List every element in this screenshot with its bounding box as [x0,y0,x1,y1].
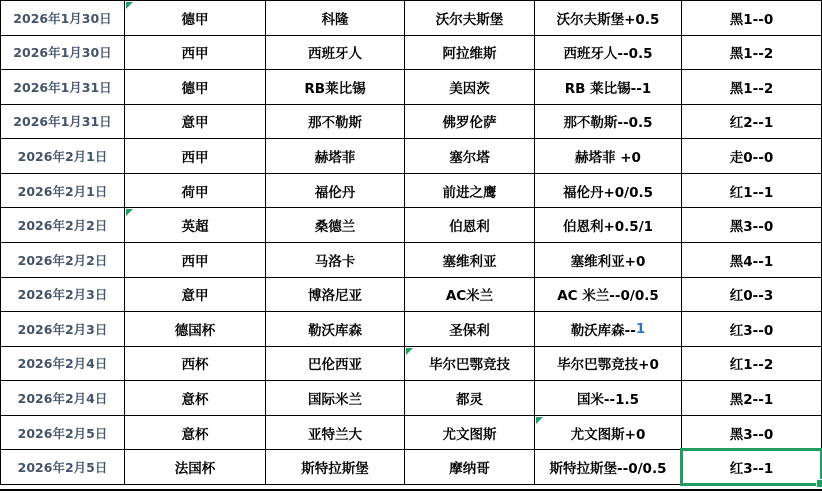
handicap-text: 毕尔巴鄂竞技+0 [557,353,659,373]
cell-home-team[interactable]: 勒沃库森 [265,311,404,346]
cell-date[interactable]: 2026年1月31日 [0,104,124,139]
away-team-text: 圣保利 [449,319,490,339]
cell-result[interactable]: 红2--1 [681,104,822,139]
cell-handicap[interactable]: 斯特拉斯堡--0/0.5 [534,449,681,484]
away-team-text: 佛罗伦萨 [443,111,497,131]
cell-away-team[interactable]: 佛罗伦萨 [404,104,534,139]
cell-handicap[interactable]: 沃尔夫斯堡+0.5 [534,0,681,35]
cell-date[interactable]: 2026年2月5日 [0,449,124,484]
result-text: 红1--2 [730,353,774,373]
cell-away-team[interactable]: 毕尔巴鄂竞技 [404,346,534,381]
cell-handicap[interactable]: 毕尔巴鄂竞技+0 [534,346,681,381]
cell-handicap[interactable]: 勒沃库森--1 [534,311,681,346]
home-team-text: 赫塔菲 [315,146,356,166]
result-text: 走0--0 [730,146,774,166]
handicap-text: 西班牙人--0.5 [563,42,652,62]
cell-date[interactable]: 2026年2月4日 [0,380,124,415]
cell-league[interactable]: 德甲 [124,69,265,104]
cell-date[interactable]: 2026年2月1日 [0,138,124,173]
spreadsheet: 2026年1月30日 德甲 科隆 沃尔夫斯堡 沃尔夫斯堡+0.5 黑1--0 2… [0,0,822,491]
cell-league[interactable]: 英超 [124,207,265,242]
handicap-text: 斯特拉斯堡--0/0.5 [550,457,667,477]
cell-away-team[interactable]: 都灵 [404,380,534,415]
away-team-text: 塞尔塔 [449,146,490,166]
cell-handicap[interactable]: 福伦丹+0/0.5 [534,173,681,208]
league-text: 德甲 [182,8,209,28]
cell-home-team[interactable]: 亚特兰大 [265,415,404,450]
cell-result[interactable]: 走0--0 [681,138,822,173]
league-text: 德国杯 [175,319,216,339]
cell-league[interactable]: 西甲 [124,138,265,173]
cell-handicap[interactable]: 赫塔菲 +0 [534,138,681,173]
home-team-text: 马洛卡 [315,250,356,270]
cell-home-team[interactable]: 科隆 [265,0,404,35]
cell-date[interactable]: 2026年2月3日 [0,277,124,312]
cell-league[interactable]: 西甲 [124,242,265,277]
date-text: 2026年1月30日 [13,43,111,61]
result-text: 黑1--0 [730,8,774,28]
handicap-text: 国米--1.5 [577,388,639,408]
date-text: 2026年2月4日 [18,354,108,372]
result-text: 黑3--0 [730,215,774,235]
away-team-text: 毕尔巴鄂竞技 [429,353,510,373]
cell-result[interactable]: 红3--0 [681,311,822,346]
handicap-text: RB 莱比锡--1 [565,77,651,97]
league-text: 西甲 [182,146,209,166]
cell-away-team[interactable]: 尤文图斯 [404,415,534,450]
league-text: 西杯 [182,353,209,373]
cell-handicap[interactable]: 伯恩利+0.5/1 [534,207,681,242]
cell-away-team[interactable]: 前进之鹰 [404,173,534,208]
cell-home-team[interactable]: 赫塔菲 [265,138,404,173]
cell-date[interactable]: 2026年1月31日 [0,69,124,104]
cell-handicap[interactable]: AC 米兰--0/0.5 [534,277,681,312]
cell-league[interactable]: 意杯 [124,380,265,415]
cell-away-team[interactable]: 塞尔塔 [404,138,534,173]
date-text: 2026年2月1日 [18,182,108,200]
result-text: 红3--0 [730,319,774,339]
date-text: 2026年2月3日 [18,320,108,338]
home-team-text: 巴伦西亚 [308,353,362,373]
cell-handicap[interactable]: 塞维利亚+0 [534,242,681,277]
home-team-text: 那不勒斯 [308,111,362,131]
cell-league[interactable]: 意杯 [124,415,265,450]
error-indicator-icon [126,2,133,9]
result-text: 黑1--2 [730,42,774,62]
match-table: 2026年1月30日 德甲 科隆 沃尔夫斯堡 沃尔夫斯堡+0.5 黑1--0 2… [0,0,822,484]
date-text: 2026年2月2日 [18,251,108,269]
away-team-text: 阿拉维斯 [443,42,497,62]
league-text: 荷甲 [182,181,209,201]
cell-result[interactable]: 黑3--0 [681,415,822,450]
cell-result[interactable]: 黑1--0 [681,0,822,35]
fill-handle[interactable] [816,479,822,488]
cell-home-team[interactable]: 西班牙人 [265,35,404,70]
away-team-text: 前进之鹰 [443,181,497,201]
handicap-text: 沃尔夫斯堡+0.5 [557,8,660,28]
away-team-text: 摩纳哥 [449,457,490,477]
error-indicator-icon [536,417,543,424]
handicap-text: 福伦丹+0/0.5 [563,181,653,201]
error-indicator-icon [406,348,413,355]
cell-home-team[interactable]: 桑德兰 [265,207,404,242]
home-team-text: 桑德兰 [315,215,356,235]
cell-home-team[interactable]: 福伦丹 [265,173,404,208]
home-team-text: 勒沃库森 [308,319,362,339]
result-text: 红0--3 [730,284,774,304]
league-text: 德甲 [182,77,209,97]
away-team-text: 伯恩利 [449,215,490,235]
cell-home-team[interactable]: 马洛卡 [265,242,404,277]
selected-cell[interactable]: 红3--1 [681,449,822,484]
cell-result[interactable]: 黑1--2 [681,35,822,70]
cell-result[interactable]: 红1--1 [681,173,822,208]
date-text: 2026年1月31日 [13,112,111,130]
home-team-text: RB莱比锡 [304,77,365,97]
cell-handicap[interactable]: 西班牙人--0.5 [534,35,681,70]
home-team-text: 西班牙人 [308,42,362,62]
cell-date[interactable]: 2026年2月2日 [0,242,124,277]
cell-league[interactable]: 德甲 [124,0,265,35]
cell-league[interactable]: 西杯 [124,346,265,381]
cell-date[interactable]: 2026年1月30日 [0,0,124,35]
cell-league[interactable]: 意甲 [124,104,265,139]
result-text: 黑2--1 [730,388,774,408]
date-text: 2026年2月5日 [18,424,108,442]
league-text: 意甲 [182,111,209,131]
date-text: 2026年2月5日 [18,458,108,476]
league-text: 意甲 [182,284,209,304]
date-text: 2026年2月4日 [18,389,108,407]
cell-away-team[interactable]: 圣保利 [404,311,534,346]
cell-league[interactable]: 西甲 [124,35,265,70]
cell-away-team[interactable]: 塞维利亚 [404,242,534,277]
cell-league[interactable]: 意甲 [124,277,265,312]
cell-away-team[interactable]: AC米兰 [404,277,534,312]
home-team-text: 斯特拉斯堡 [301,457,369,477]
cell-away-team[interactable]: 美因茨 [404,69,534,104]
cell-result[interactable]: 黑2--1 [681,380,822,415]
date-text: 2026年1月31日 [13,78,111,96]
date-text: 2026年2月1日 [18,147,108,165]
league-text: 意杯 [182,388,209,408]
handicap-suffix-text: 1 [636,321,645,337]
cell-result[interactable]: 红1--2 [681,346,822,381]
handicap-text: 勒沃库森-- [571,319,636,339]
cell-date[interactable]: 2026年2月4日 [0,346,124,381]
cell-home-team[interactable]: 斯特拉斯堡 [265,449,404,484]
home-team-text: 亚特兰大 [308,423,362,443]
cell-result[interactable]: 红0--3 [681,277,822,312]
cell-home-team[interactable]: 博洛尼亚 [265,277,404,312]
away-team-text: 塞维利亚 [443,250,497,270]
cell-result[interactable]: 黑1--2 [681,69,822,104]
cell-handicap[interactable]: RB 莱比锡--1 [534,69,681,104]
result-text: 红2--1 [730,111,774,131]
handicap-text: 那不勒斯--0.5 [563,111,652,131]
result-text: 黑4--1 [730,250,774,270]
date-text: 2026年2月3日 [18,285,108,303]
cell-date[interactable]: 2026年1月30日 [0,35,124,70]
away-team-text: 沃尔夫斯堡 [436,8,504,28]
cell-league[interactable]: 荷甲 [124,173,265,208]
away-team-text: 美因茨 [449,77,490,97]
home-team-text: 福伦丹 [315,181,356,201]
cell-away-team[interactable]: 伯恩利 [404,207,534,242]
handicap-text: 伯恩利+0.5/1 [563,215,653,235]
result-text: 红1--1 [730,181,774,201]
date-text: 2026年1月30日 [13,9,111,27]
away-team-text: 尤文图斯 [443,423,497,443]
cell-result[interactable]: 黑4--1 [681,242,822,277]
handicap-text: 尤文图斯+0 [571,423,646,443]
cell-home-team[interactable]: RB莱比锡 [265,69,404,104]
cell-home-team[interactable]: 国际米兰 [265,380,404,415]
home-team-text: 国际米兰 [308,388,362,408]
cell-league[interactable]: 法国杯 [124,449,265,484]
league-text: 英超 [182,215,209,235]
result-text: 黑1--2 [730,77,774,97]
result-text: 黑3--0 [730,423,774,443]
league-text: 西甲 [182,250,209,270]
handicap-text: AC 米兰--0/0.5 [557,284,659,304]
away-team-text: 都灵 [456,388,483,408]
cell-result[interactable]: 黑3--0 [681,207,822,242]
cell-home-team[interactable]: 巴伦西亚 [265,346,404,381]
handicap-text: 赫塔菲 +0 [575,146,641,166]
handicap-text: 塞维利亚+0 [571,250,646,270]
cell-home-team[interactable]: 那不勒斯 [265,104,404,139]
league-text: 西甲 [182,42,209,62]
cell-away-team[interactable]: 阿拉维斯 [404,35,534,70]
date-text: 2026年2月2日 [18,216,108,234]
cell-away-team[interactable]: 摩纳哥 [404,449,534,484]
cell-date[interactable]: 2026年2月2日 [0,207,124,242]
away-team-text: AC米兰 [446,284,493,304]
home-team-text: 科隆 [322,8,349,28]
result-text: 红3--1 [730,457,774,477]
cell-away-team[interactable]: 沃尔夫斯堡 [404,0,534,35]
error-indicator-icon [126,209,133,216]
cell-handicap[interactable]: 国米--1.5 [534,380,681,415]
cell-league[interactable]: 德国杯 [124,311,265,346]
home-team-text: 博洛尼亚 [308,284,362,304]
cell-date[interactable]: 2026年2月5日 [0,415,124,450]
cell-date[interactable]: 2026年2月1日 [0,173,124,208]
bottom-gridline [0,484,822,491]
cell-date[interactable]: 2026年2月3日 [0,311,124,346]
cell-handicap[interactable]: 尤文图斯+0 [534,415,681,450]
league-text: 意杯 [182,423,209,443]
league-text: 法国杯 [175,457,216,477]
cell-handicap[interactable]: 那不勒斯--0.5 [534,104,681,139]
